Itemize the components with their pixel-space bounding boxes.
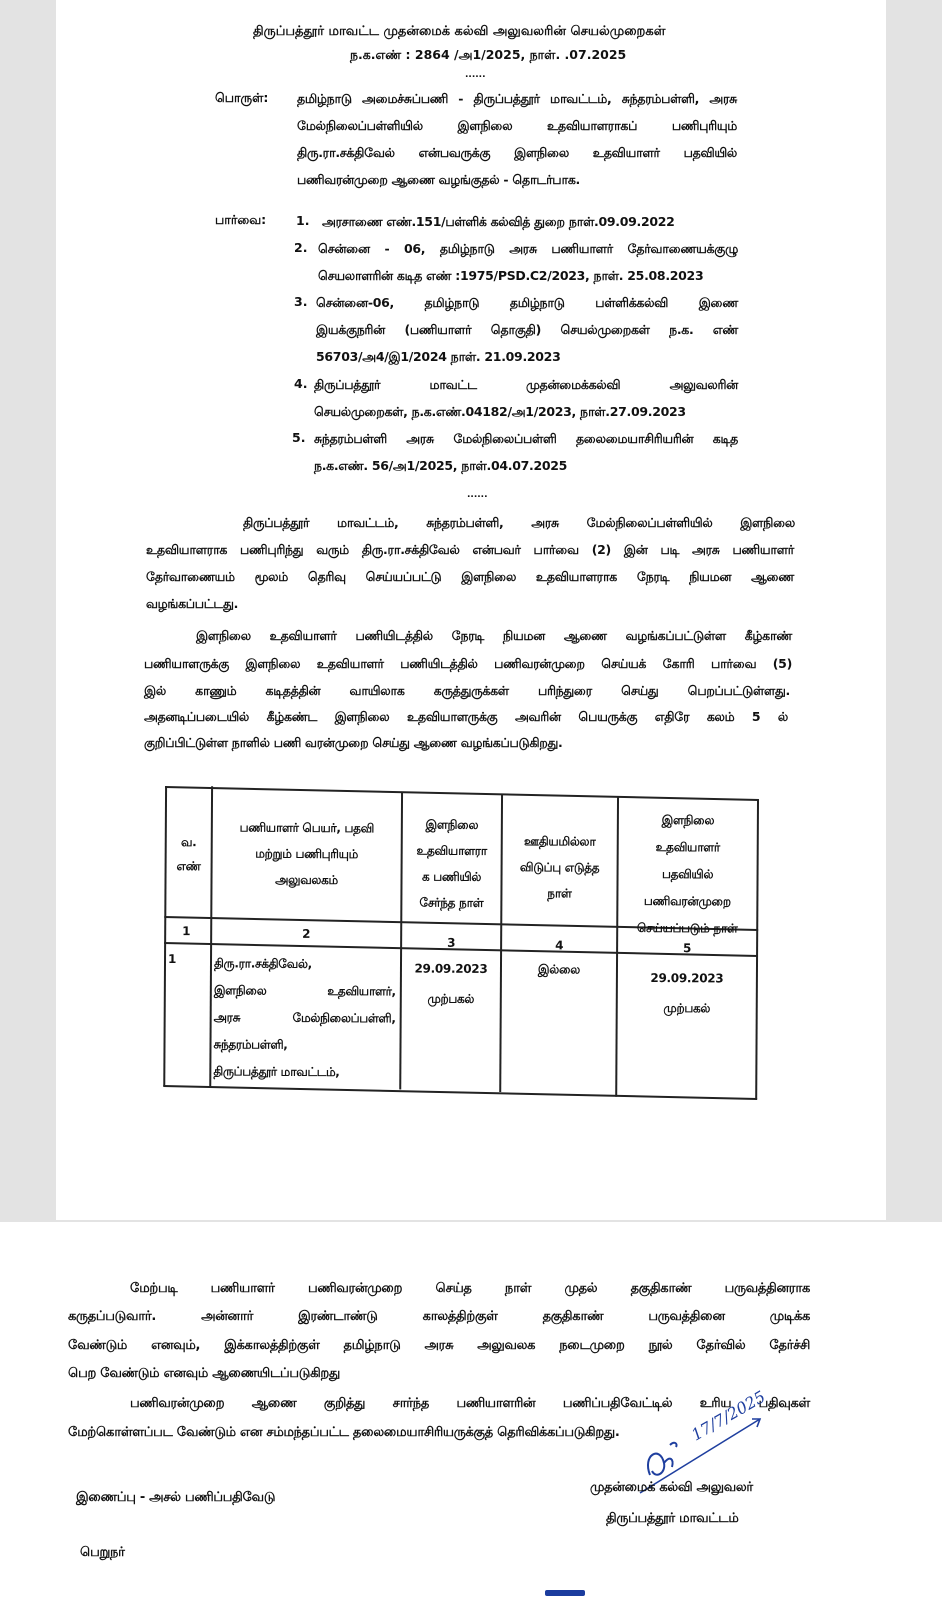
reference-item-text: சென்னை-06, தமிழ்நாடு தமிழ்நாடு பள்ளிக்கல… bbox=[316, 295, 738, 312]
regularisation-table: வ.எண் பணியாளர் பெயர், பதவிமற்றும் பணிபுர… bbox=[163, 800, 770, 1109]
paragraph-2-line: பணியாளருக்கு இளநிலை உதவியாளர் பணியிடத்தி… bbox=[144, 656, 792, 673]
reference-item-text: சுந்தரம்பள்ளி அரசு மேல்நிலைப்பள்ளி தலைமை… bbox=[314, 431, 738, 448]
paragraph-1-line: வழங்கப்பட்டது. bbox=[146, 596, 238, 613]
ink-mark bbox=[545, 1590, 585, 1596]
table-row-unpaid-leave: இல்லை bbox=[502, 956, 616, 983]
separator: ...... bbox=[465, 70, 486, 80]
subject-line: மேல்நிலைப்பள்ளியில் இளநிலை உதவியாளராகப் … bbox=[297, 118, 737, 135]
reference-item-number: 2. bbox=[294, 240, 307, 255]
paragraph-2-line: இளநிலை உதவியாளர் பணியிடத்தில் நேரடி நியம… bbox=[196, 628, 792, 645]
subject-line: தமிழ்நாடு அமைச்சுப்பணி - திருப்பத்தூர் ம… bbox=[297, 91, 737, 108]
document-title: திருப்பத்தூர் மாவட்ட முதன்மைக் கல்வி அலு… bbox=[253, 24, 665, 40]
subject-label: பொருள்: bbox=[215, 90, 268, 107]
reference-item-text: அரசாணை எண்.151/பள்ளிக் கல்வித் துறை நாள்… bbox=[322, 214, 675, 231]
column-header-serial: வ.எண் bbox=[167, 830, 211, 878]
table-row-serial: 1 bbox=[168, 946, 208, 972]
recipient-label: பெறுநர் bbox=[80, 1545, 125, 1561]
reference-item-text: இயக்குநரின் (பணியாளர் தொகுதி) செயல்முறைக… bbox=[316, 322, 738, 339]
reference-item-text: ந.க.எண். 56/அ1/2025, நாள்.04.07.2025 bbox=[314, 458, 567, 475]
column-header-unpaid-leave: ஊதியமில்லாவிடுப்பு எடுத்தநாள் bbox=[502, 828, 616, 907]
paragraph-3-line: கருதப்படுவார். அன்னார் இரண்டாண்டு காலத்த… bbox=[68, 1309, 810, 1325]
paragraph-4-line: மேற்கொள்ளப்பட வேண்டும் என சம்மந்தப்பட்ட … bbox=[68, 1425, 620, 1441]
reference-item-number: 1. bbox=[296, 213, 309, 228]
reference-item-text: சென்னை - 06, தமிழ்நாடு அரசு பணியாளர் தேர… bbox=[318, 241, 738, 258]
column-number: 5 bbox=[618, 935, 756, 962]
column-number: 3 bbox=[402, 929, 500, 956]
references-label: பார்வை: bbox=[215, 212, 266, 229]
paragraph-4-line: பணிவரன்முறை ஆணை குறித்து சார்ந்த பணியாளர… bbox=[130, 1396, 810, 1412]
paragraph-3-line: வேண்டும் எனவும், இக்காலத்திற்குள் தமிழ்ந… bbox=[68, 1338, 810, 1354]
reference-item-number: 5. bbox=[292, 430, 305, 445]
table-row-joined-date: 29.09.2023முற்பகல் bbox=[402, 953, 500, 1014]
paragraph-3-line: மேற்படி பணியாளர் பணிவரன்முறை செய்த நாள் … bbox=[130, 1281, 810, 1297]
paragraph-1-line: தேர்வாணையம் மூலம் தெரிவு செய்யப்பட்டு இள… bbox=[146, 569, 794, 586]
paragraph-1-line: திருப்பத்தூர் மாவட்டம், சுந்தரம்பள்ளி, அ… bbox=[243, 515, 795, 532]
reference-item-text: 56703/அ4/இ1/2024 நாள். 21.09.2023 bbox=[316, 349, 560, 366]
enclosure-note: இணைப்பு - அசல் பணிப்பதிவேடு bbox=[76, 1490, 275, 1506]
subject-line: திரு.ரா.சக்திவேல் என்பவருக்கு இளநிலை உதவ… bbox=[297, 145, 737, 162]
separator: ...... bbox=[467, 490, 488, 500]
paragraph-2-line: இல் காணும் கடிதத்தின் வாயிலாக கருத்துருக… bbox=[144, 683, 790, 700]
table-row-regularisation-date: 29.09.2023முற்பகல் bbox=[618, 963, 756, 1024]
reference-item-number: 3. bbox=[294, 294, 307, 309]
reference-number: ந.க.எண் : 2864 /அ1/2025, நாள். .07.2025 bbox=[350, 47, 626, 64]
paragraph-1-line: உதவியாளராக பணிபுரிந்து வரும் திரு.ரா.சக்… bbox=[146, 542, 794, 559]
reference-item-text: செயல்முறைகள், ந.க.எண்.04182/அ1/2023, நாள… bbox=[314, 404, 686, 421]
paragraph-2-line: அதனடிப்படையில் கீழ்கண்ட இளநிலை உதவியாளரு… bbox=[144, 709, 788, 726]
reference-item-text: திருப்பத்தூர் மாவட்ட முதன்மைக்கல்வி அலுவ… bbox=[314, 377, 738, 394]
reference-item-text: செயலாளரின் கடித எண் :1975/PSD.C2/2023, ந… bbox=[318, 268, 703, 285]
column-number: 1 bbox=[166, 918, 206, 944]
column-number: 2 bbox=[212, 920, 400, 947]
paragraph-3-line: பெற வேண்டும் எனவும் ஆணையிடப்படுகிறது bbox=[68, 1366, 340, 1382]
column-header-employee: பணியாளர் பெயர், பதவிமற்றும் பணிபுரியும்அ… bbox=[212, 814, 400, 893]
column-header-joined-date: இளநிலைஉதவியாளராக பணியில்சேர்ந்த நாள் bbox=[402, 811, 501, 916]
signatory-district: திருப்பத்தூர் மாவட்டம் bbox=[606, 1511, 738, 1527]
column-header-regularisation-date: இளநிலைஉதவியாளர்பதவியில்பணிவரன்முறைசெய்யப… bbox=[618, 807, 757, 943]
table-row-employee: திரு.ரா.சக்திவேல், இளநிலை உதவியாளர், அரச… bbox=[213, 950, 398, 1086]
subject-line: பணிவரன்முறை ஆணை வழங்குதல் - தொடர்பாக. bbox=[297, 172, 580, 189]
signatory-title: முதன்மைக் கல்வி அலுவலர் bbox=[590, 1480, 753, 1496]
paragraph-2-line: குறிப்பிட்டுள்ள நாளில் பணி வரன்முறை செய்… bbox=[144, 735, 562, 752]
column-number: 4 bbox=[502, 932, 616, 959]
reference-item-number: 4. bbox=[294, 376, 307, 391]
